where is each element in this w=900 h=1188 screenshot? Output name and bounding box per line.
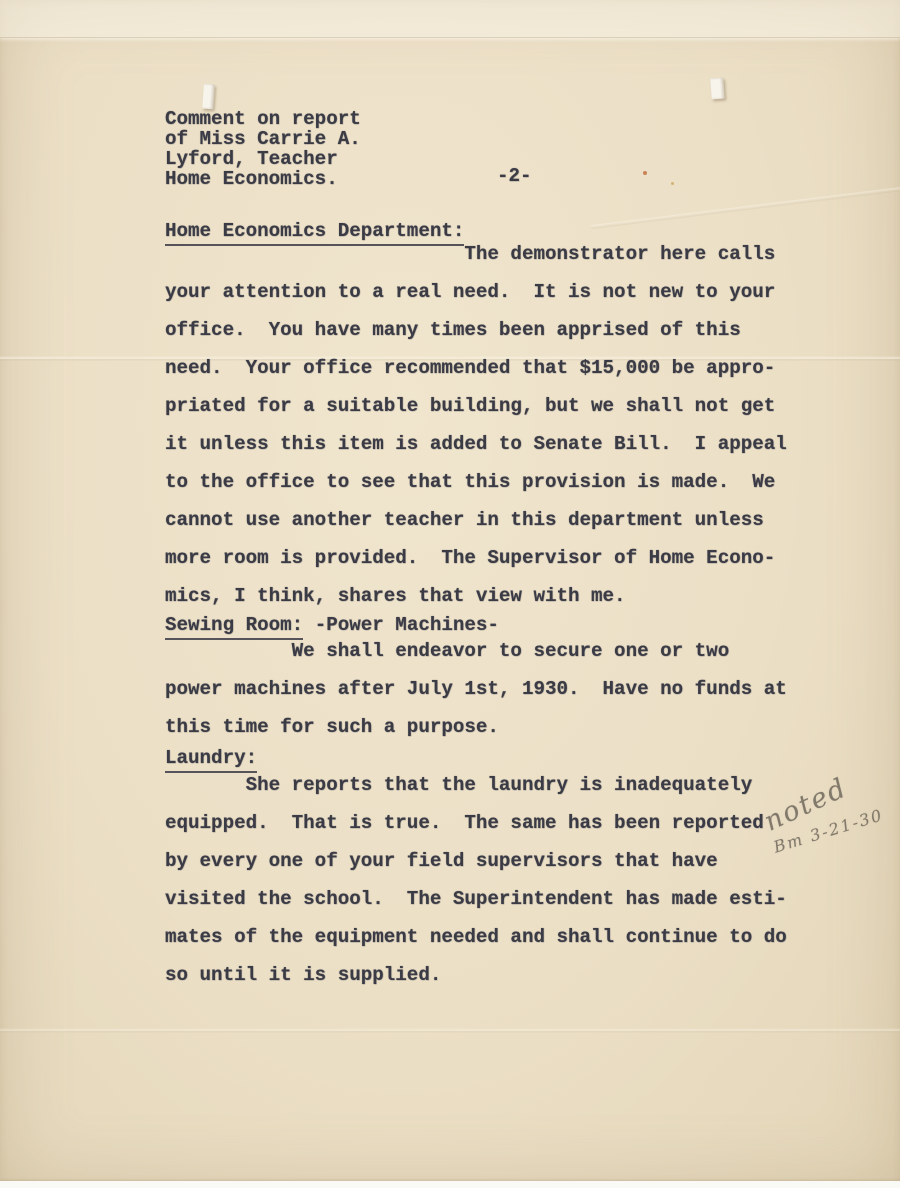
paper-speck (671, 182, 674, 185)
typed-line: it unless this item is added to Senate B… (165, 435, 787, 454)
section-heading-underlined-text: Sewing Room: (165, 614, 303, 640)
paper-speck (643, 171, 647, 175)
typed-line: need. Your office recommended that $15,0… (165, 359, 775, 378)
scanned-document-page: -2- Comment on reportof Miss Carrie A.Ly… (0, 0, 900, 1188)
typed-line: priated for a suitable building, but we … (165, 397, 775, 416)
typed-line: We shall endeavor to secure one or two (165, 642, 729, 661)
scan-edge-bottom (0, 1181, 900, 1188)
section-heading-suffix: -Power Machines- (303, 614, 499, 636)
typed-line: office. You have many times been apprise… (165, 321, 741, 340)
typed-line: The demonstrator here calls (165, 245, 775, 264)
typed-line: power machines after July 1st, 1930. Hav… (165, 680, 787, 699)
typed-line: this time for such a purpose. (165, 718, 499, 737)
header-line: Home Economics. (165, 170, 338, 189)
typed-line: She reports that the laundry is inadequa… (165, 776, 752, 795)
typed-line: mates of the equipment needed and shall … (165, 928, 787, 947)
staple-mark-right (710, 78, 724, 100)
typed-line: equipped. That is true. The same has bee… (165, 814, 764, 833)
section-heading-underlined-text: Laundry: (165, 747, 257, 773)
typed-line: mics, I think, shares that view with me. (165, 587, 626, 606)
fold-crease-diagonal (591, 185, 900, 229)
typed-line: your attention to a real need. It is not… (165, 283, 775, 302)
header-line: Comment on report (165, 110, 361, 129)
typed-line: to the office to see that this provision… (165, 473, 775, 492)
typed-line: so until it is supplied. (165, 966, 441, 985)
section-heading: Laundry: (165, 749, 257, 768)
section-heading: Sewing Room: -Power Machines- (165, 616, 499, 635)
typed-line: by every one of your field supervisors t… (165, 852, 718, 871)
typed-line: visited the school. The Superintendent h… (165, 890, 787, 909)
staple-mark-left (202, 84, 215, 110)
section-heading: Home Economics Department: (165, 222, 464, 241)
fold-crease-lower (0, 1028, 900, 1033)
typed-line: cannot use another teacher in this depar… (165, 511, 764, 530)
typed-line: more room is provided. The Supervisor of… (165, 549, 775, 568)
page-number: -2- (497, 167, 532, 186)
header-line: Lyford, Teacher (165, 150, 338, 169)
fold-crease-top (0, 0, 900, 38)
header-line: of Miss Carrie A. (165, 130, 361, 149)
